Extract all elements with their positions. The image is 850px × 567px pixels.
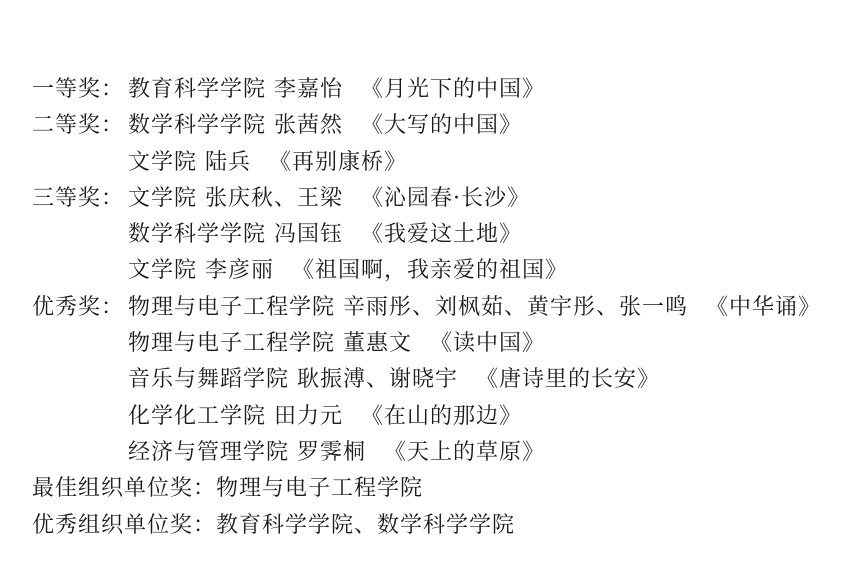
winner-names: 耿振溥、谢晓宇 (297, 362, 458, 398)
award-line-third-prize: 三等奖： 文学院 张庆秋、王梁 《沁园春·长沙》 (32, 181, 821, 217)
award-line-first-prize: 一等奖： 教育科学学院 李嘉怡 《月光下的中国》 (32, 72, 821, 108)
work-title: 《再别康桥》 (269, 145, 407, 181)
work-title: 《大写的中国》 (361, 108, 522, 144)
work-title: 《沁园春·长沙》 (361, 181, 530, 217)
work-title: 《读中国》 (430, 326, 545, 362)
winner-names: 李彦丽 (205, 253, 274, 289)
work-title: 《中华诵》 (706, 290, 821, 326)
winner-names: 冯国钰 (274, 217, 343, 253)
college: 物理与电子工程学院 (128, 326, 335, 362)
college: 音乐与舞蹈学院 (128, 362, 289, 398)
work-title: 《天上的草原》 (384, 435, 545, 471)
org-award-line-best: 最佳组织单位奖： 物理与电子工程学院 (32, 471, 821, 507)
college: 化学化工学院 (128, 399, 266, 435)
college: 数学科学学院 (128, 108, 266, 144)
college: 教育科学学院 (128, 72, 266, 108)
award-line-excellence-prize-3: 音乐与舞蹈学院 耿振溥、谢晓宇 《唐诗里的长安》 (32, 362, 821, 398)
college: 物理与电子工程学院 (128, 290, 335, 326)
org-award-line-excellent: 优秀组织单位奖： 教育科学学院、数学科学学院 (32, 508, 821, 544)
work-title: 《祖国啊，我亲爱的祖国》 (292, 253, 568, 289)
winner-names: 董惠文 (343, 326, 412, 362)
org-award-label: 最佳组织单位奖： (32, 471, 216, 507)
work-title: 《我爱这土地》 (361, 217, 522, 253)
award-line-excellence-prize-2: 物理与电子工程学院 董惠文 《读中国》 (32, 326, 821, 362)
award-list-document: 一等奖： 教育科学学院 李嘉怡 《月光下的中国》 二等奖： 数学科学学院 张茜然… (32, 72, 821, 544)
work-title: 《唐诗里的长安》 (476, 362, 660, 398)
winner-names: 辛雨彤、刘枫茹、黄宇彤、张一鸣 (343, 290, 688, 326)
award-line-third-prize-3: 文学院 李彦丽 《祖国啊，我亲爱的祖国》 (32, 253, 821, 289)
award-line-third-prize-2: 数学科学学院 冯国钰 《我爱这土地》 (32, 217, 821, 253)
org-names: 教育科学学院、数学科学学院 (216, 508, 515, 544)
winner-names: 陆兵 (205, 145, 251, 181)
college: 文学院 (128, 253, 197, 289)
winner-names: 张茜然 (274, 108, 343, 144)
org-award-label: 优秀组织单位奖： (32, 508, 216, 544)
college: 数学科学学院 (128, 217, 266, 253)
winner-names: 李嘉怡 (274, 72, 343, 108)
winner-names: 张庆秋、王梁 (205, 181, 343, 217)
org-names: 物理与电子工程学院 (216, 471, 423, 507)
college: 经济与管理学院 (128, 435, 289, 471)
award-label: 一等奖： (32, 72, 128, 108)
work-title: 《在山的那边》 (361, 399, 522, 435)
award-line-second-prize-2: 文学院 陆兵 《再别康桥》 (32, 145, 821, 181)
winner-names: 田力元 (274, 399, 343, 435)
award-line-second-prize: 二等奖： 数学科学学院 张茜然 《大写的中国》 (32, 108, 821, 144)
winner-names: 罗霁桐 (297, 435, 366, 471)
award-label: 优秀奖： (32, 290, 128, 326)
award-line-excellence-prize: 优秀奖： 物理与电子工程学院 辛雨彤、刘枫茹、黄宇彤、张一鸣 《中华诵》 (32, 290, 821, 326)
award-label: 三等奖： (32, 181, 128, 217)
college: 文学院 (128, 145, 197, 181)
award-line-excellence-prize-5: 经济与管理学院 罗霁桐 《天上的草原》 (32, 435, 821, 471)
college: 文学院 (128, 181, 197, 217)
award-line-excellence-prize-4: 化学化工学院 田力元 《在山的那边》 (32, 399, 821, 435)
award-label: 二等奖： (32, 108, 128, 144)
work-title: 《月光下的中国》 (361, 72, 545, 108)
